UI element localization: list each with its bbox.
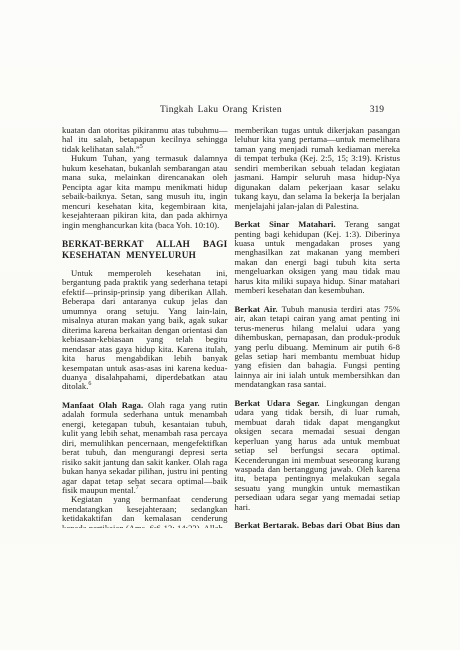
right-column: memberikan tugas untuk dikerjakan pasang… [235, 126, 401, 528]
footnote-ref: 7 [136, 485, 139, 491]
run-in-paragraph: Berkat Udara Segar. Lingkungan dengan ud… [235, 399, 401, 512]
running-header-title: Tingkah Laku Orang Kristen [160, 105, 282, 116]
run-in-paragraph: Berkat Bertarak, Bebas dari Obat Bius da… [235, 521, 401, 528]
run-in-paragraph: Manfaat Olah Raga. Olah raga yang rutin … [62, 401, 228, 496]
run-in-paragraph: Berkat Sinar Matahari. Terang sangat pen… [235, 220, 401, 296]
run-in-heading: Berkat Air. [235, 304, 282, 314]
footnote-ref: 6 [88, 382, 91, 388]
run-in-heading: Berkat Sinar Matahari. [235, 219, 345, 229]
page-number: 319 [370, 105, 384, 116]
paragraph: Hukum Tuhan, yang termasuk dalamnya huku… [62, 154, 228, 230]
paragraph: memberikan tugas untuk dikerjakan pasang… [235, 126, 401, 211]
paragraph: Kegiatan yang bermanfaat cenderung menda… [62, 495, 228, 528]
running-header: Tingkah Laku Orang Kristen 319 [62, 105, 400, 118]
run-in-heading: Berkat Udara Segar. [235, 398, 327, 408]
left-column: kuatan dan otoritas pikiranmu atas tubuh… [62, 126, 228, 528]
text-columns: kuatan dan otoritas pikiranmu atas tubuh… [62, 126, 400, 528]
paragraph: kuatan dan otoritas pikiranmu atas tubuh… [62, 126, 228, 154]
footnote-ref: 5 [140, 144, 143, 150]
book-page: Tingkah Laku Orang Kristen 319 kuatan da… [0, 0, 460, 650]
paragraph: Untuk memperoleh kesehatan ini, bergantu… [62, 269, 228, 392]
run-in-heading: Manfaat Olah Raga. [62, 400, 148, 410]
section-heading: BERKAT-BERKAT ALLAH BAGI KESEHATAN MENYE… [62, 239, 228, 261]
run-in-paragraph: Berkat Air. Tubuh manusia terdiri atas 7… [235, 305, 401, 390]
run-in-heading: Berkat Bertarak, Bebas dari Obat Bius da… [235, 520, 401, 528]
